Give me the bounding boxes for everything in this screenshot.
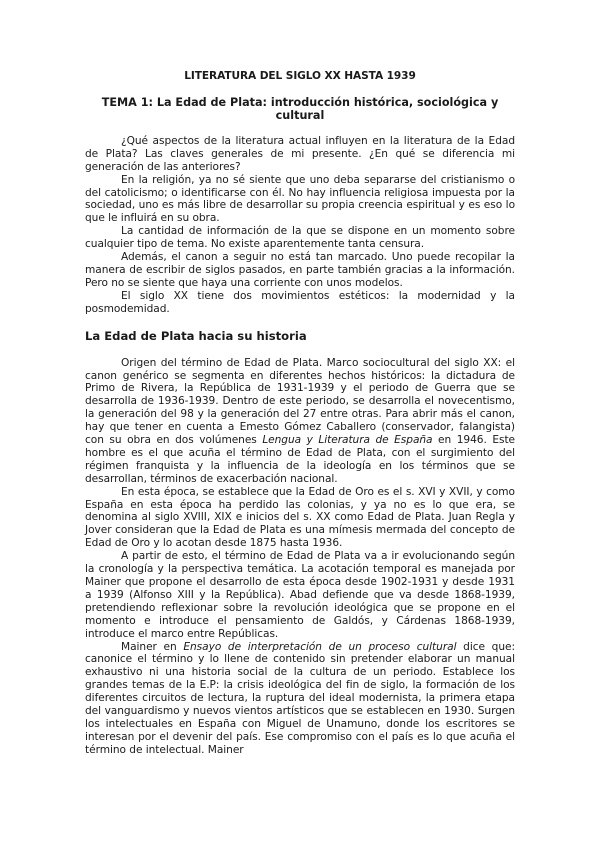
section-paragraph-4: Mainer en Ensayo de interpretación de un… [85, 641, 515, 757]
intro-paragraph-4: Además, el canon a seguir no está tan ma… [85, 251, 515, 290]
intro-paragraph-5: El siglo XX tiene dos movimientos estéti… [85, 290, 515, 316]
section-paragraph-1: Origen del término de Edad de Plata. Mar… [85, 357, 515, 486]
section-heading: La Edad de Plata hacia su historia [85, 329, 515, 343]
document-page: LITERATURA DEL SIGLO XX HASTA 1939 TEMA … [85, 70, 515, 757]
paragraph-text: Mainer en [121, 641, 183, 653]
section-paragraph-2: En esta época, se establece que la Edad … [85, 486, 515, 551]
intro-paragraph-1: ¿Qué aspectos de la literatura actual in… [85, 135, 515, 174]
book-title: Lengua y Literatura de España [262, 434, 432, 446]
book-title: Ensayo de interpretación de un proceso c… [183, 641, 456, 653]
intro-paragraph-3: La cantidad de información de la que se … [85, 225, 515, 251]
paragraph-text: dice que: canonice el término y lo llene… [85, 641, 515, 756]
topic-title: TEMA 1: La Edad de Plata: introducción h… [85, 96, 515, 122]
intro-paragraph-2: En la religión, ya no sé siente que uno … [85, 174, 515, 226]
section-paragraph-3: A partir de esto, el término de Edad de … [85, 550, 515, 640]
document-title: LITERATURA DEL SIGLO XX HASTA 1939 [85, 70, 515, 83]
paragraph-text: Origen del término de Edad de Plata. Mar… [85, 357, 515, 446]
